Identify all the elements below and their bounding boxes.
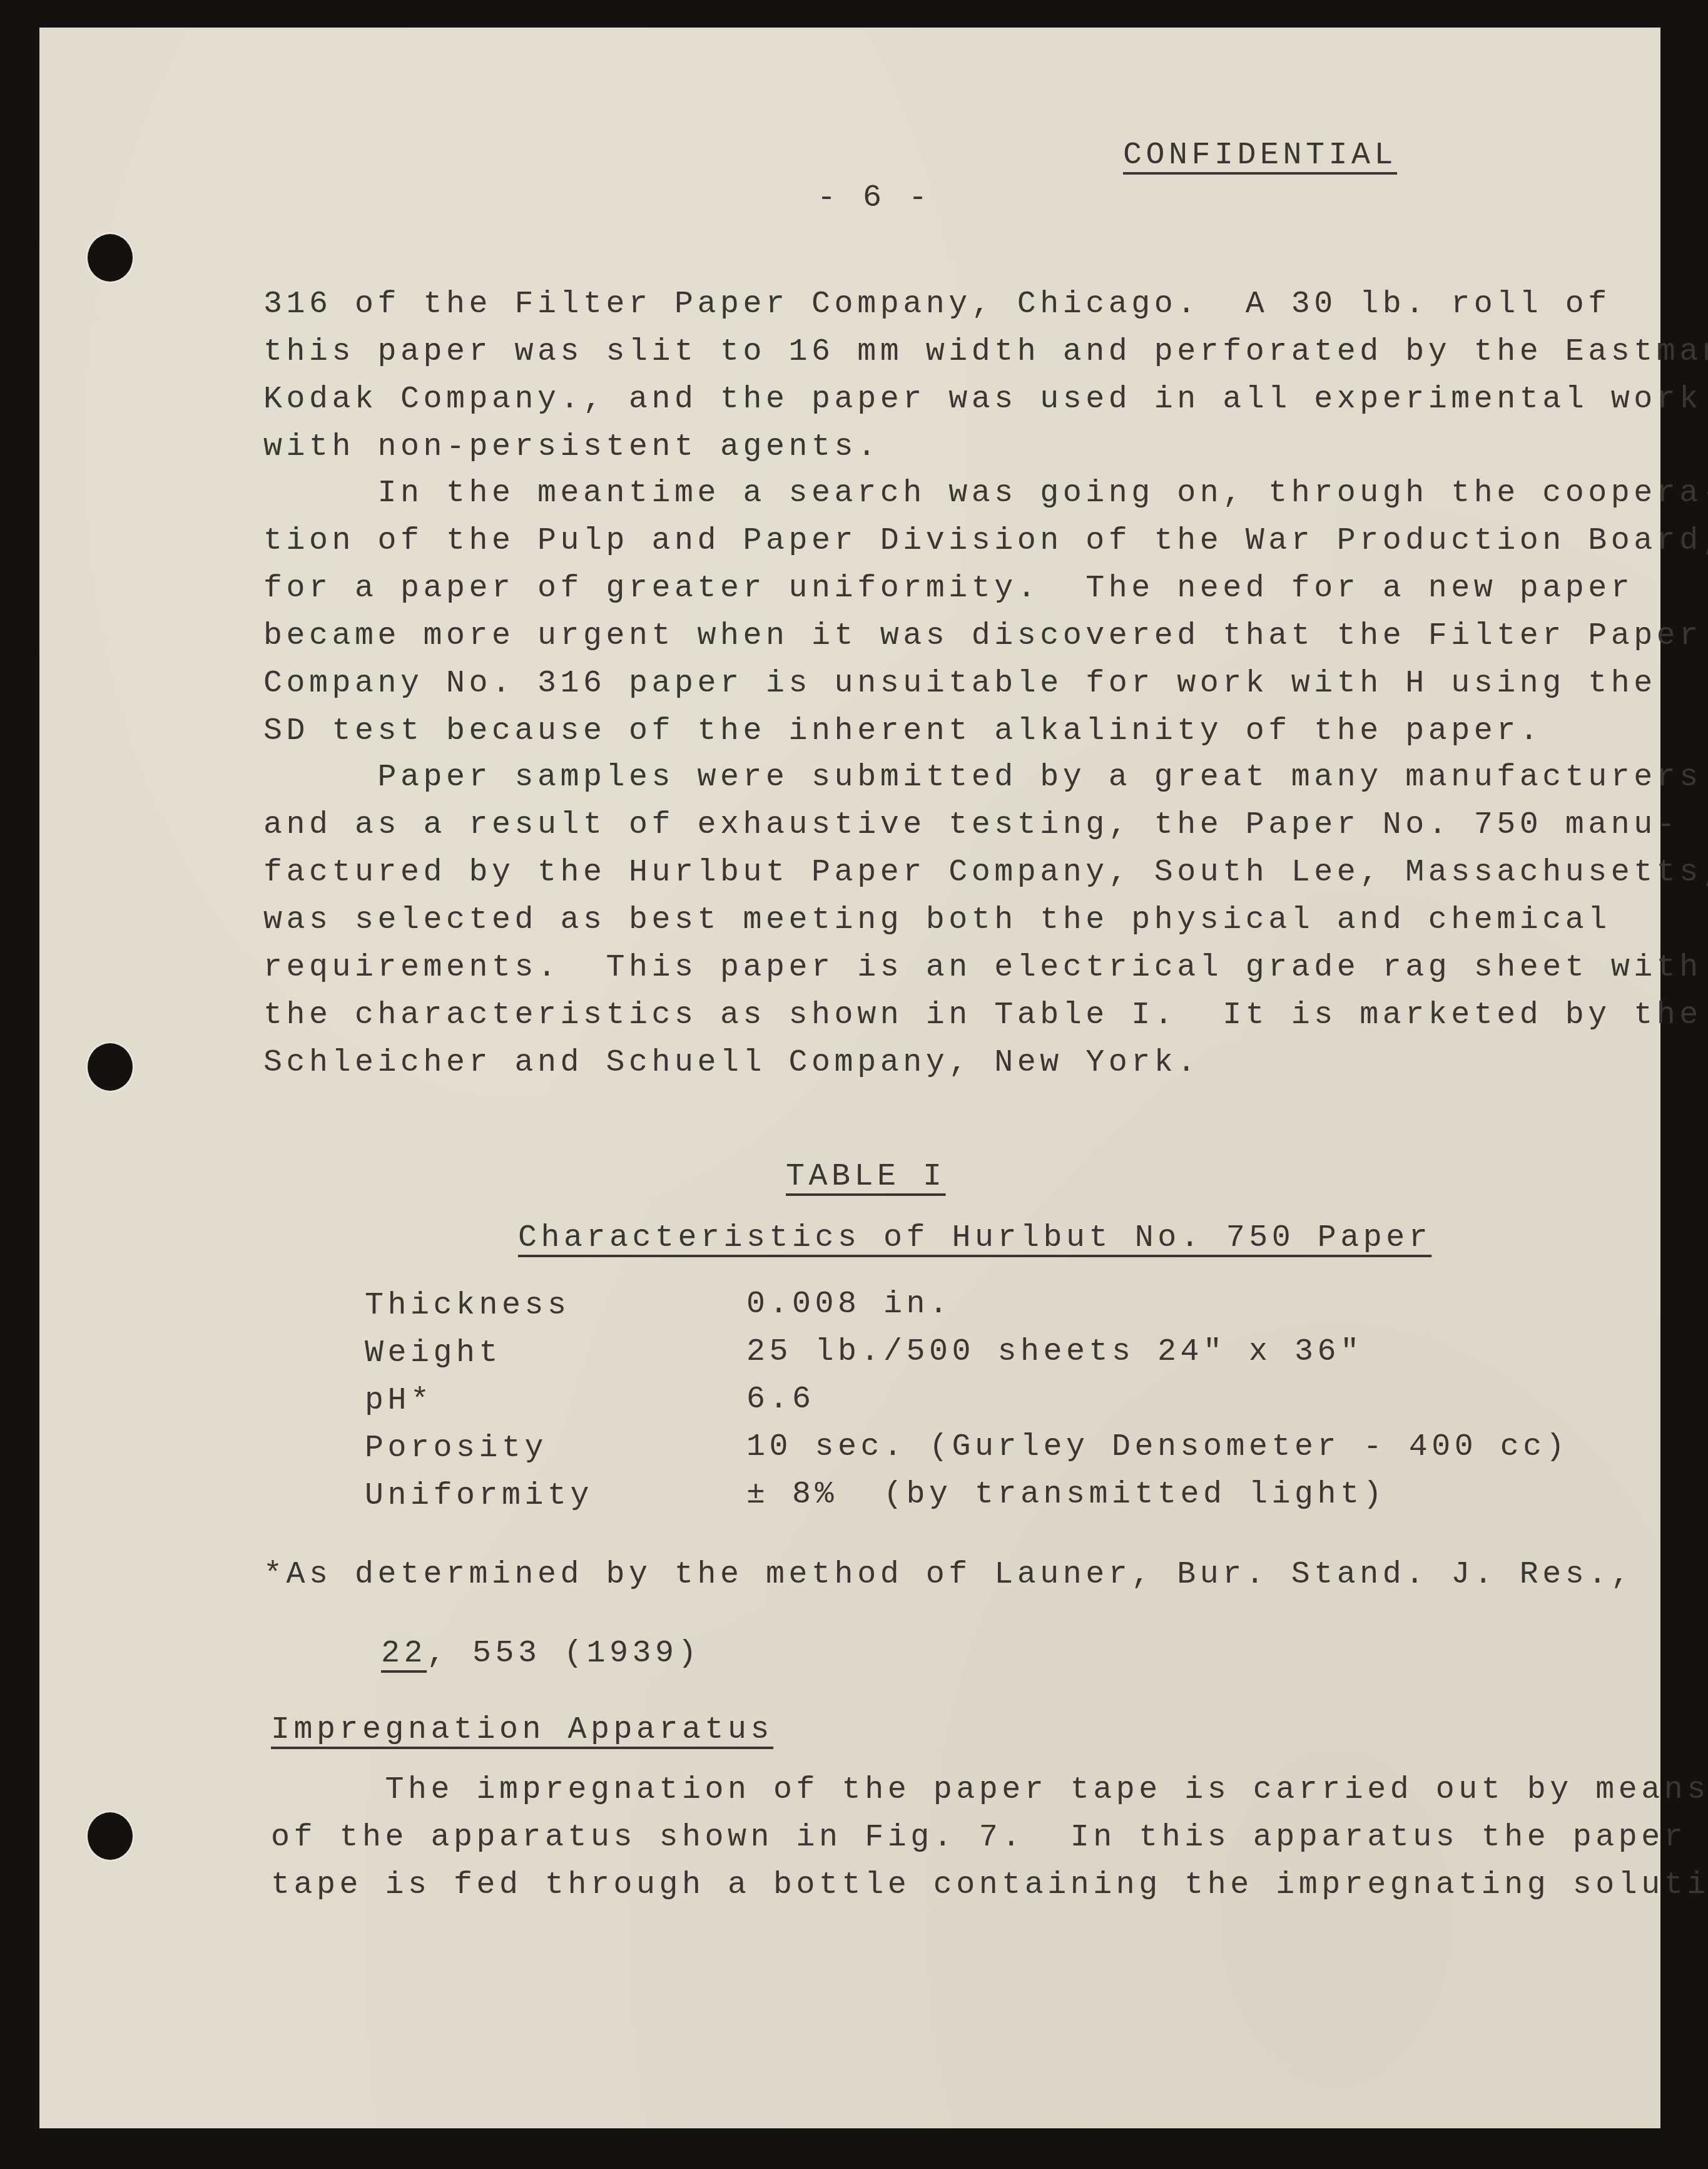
value-cell: 6.6	[746, 1384, 815, 1416]
paragraph-1: 316 of the Filter Paper Company, Chicago…	[263, 289, 355, 477]
text-line: and as a result of exhaustive testing, t…	[263, 810, 1679, 841]
text-line: became more urgent when it was discovere…	[263, 621, 1702, 652]
text-line: tion of the Pulp and Paper Division of t…	[263, 526, 1708, 557]
text-line: the characteristics as shown in Table I.…	[263, 1000, 1702, 1031]
table-label: TABLE I	[786, 1161, 946, 1193]
text-line: requirements. This paper is an electrica…	[263, 952, 1702, 984]
value-cell: 25 lb./500 sheets 24" x 36"	[746, 1337, 1363, 1368]
text-line: for a paper of greater uniformity. The n…	[263, 573, 1634, 605]
footnote-line-1: *As determined by the method of Launer, …	[263, 1559, 1634, 1591]
property-cell: Weight	[365, 1338, 502, 1369]
property-cell: Uniformity	[365, 1481, 593, 1512]
text-line: factured by the Hurlbut Paper Company, S…	[263, 857, 1708, 889]
text-line: was selected as best meeting both the ph…	[263, 905, 1611, 936]
table-title: Characteristics of Hurlbut No. 750 Paper	[518, 1223, 1431, 1254]
text-line: In the meantime a search was going on, t…	[263, 478, 1708, 509]
text-line: tape is fed through a bottle containing …	[271, 1870, 1708, 1901]
text-line: this paper was slit to 16 mm width and p…	[263, 337, 1708, 368]
page-number: - 6 -	[817, 183, 932, 214]
text-line: Kodak Company., and the paper was used i…	[263, 384, 1702, 416]
text-line: SD test because of the inherent alkalini…	[263, 716, 1542, 747]
text-line: Company No. 316 paper is unsuitable for …	[263, 668, 1657, 700]
punch-hole-middle	[88, 1043, 133, 1091]
text-line: with non-persistent agents.	[263, 432, 880, 463]
punch-hole-top	[88, 234, 133, 282]
value-cell: ± 8% (by transmitted light)	[746, 1479, 1386, 1511]
classification-mark: CONFIDENTIAL	[1123, 140, 1397, 171]
text-line: of the apparatus shown in Fig. 7. In thi…	[271, 1822, 1687, 1854]
property-cell: Thickness	[365, 1290, 571, 1322]
journal-volume: 22	[381, 1636, 427, 1671]
value-cell: 0.008 in.	[746, 1289, 952, 1320]
value-cell: 10 sec. (Gurley Densometer - 400 cc)	[746, 1432, 1568, 1463]
property-cell: pH*	[365, 1386, 434, 1417]
footnote-line-2: 22, 553 (1939)	[290, 1607, 701, 1701]
text-line: The impregnation of the paper tape is ca…	[271, 1775, 1708, 1806]
paragraph-2: In the meantime a search was going on, t…	[263, 478, 355, 728]
property-cell: Porosity	[365, 1433, 547, 1464]
punch-hole-bottom	[88, 1812, 133, 1860]
section-heading: Impregnation Apparatus	[271, 1715, 773, 1746]
text-line: Schleicher and Schuell Company, New York…	[263, 1048, 1200, 1079]
section-paragraph: The impregnation of the paper tape is ca…	[271, 1775, 362, 1931]
document-page: CONFIDENTIAL - 6 - 316 of the Filter Pap…	[39, 28, 1660, 2128]
paragraph-3: Paper samples were submitted by a great …	[263, 762, 355, 1044]
text-line: 316 of the Filter Paper Company, Chicago…	[263, 289, 1611, 320]
citation-rest: , 553 (1939)	[427, 1636, 701, 1671]
text-line: Paper samples were submitted by a great …	[263, 762, 1702, 794]
